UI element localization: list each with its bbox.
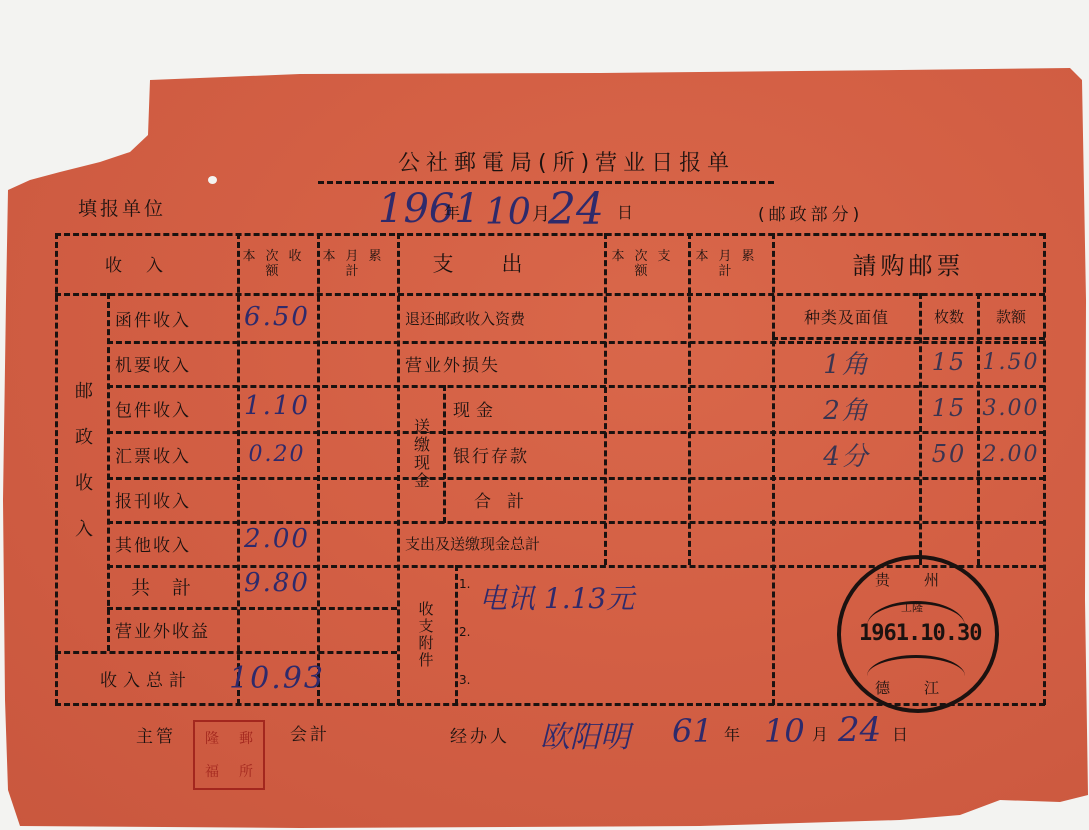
expenditure-col-this-time: 本次支额 xyxy=(606,239,686,289)
stamp-type: 1角 xyxy=(774,339,919,385)
income-row-label: 机要收入 xyxy=(109,341,237,385)
section-label: (邮政部分) xyxy=(758,200,863,225)
handler-label: 经办人 xyxy=(450,722,510,747)
grid-line xyxy=(1043,233,1046,705)
expenditure-grand-total-label: 支出及送缴现金总計 xyxy=(399,521,610,565)
stamp-qty: 15 xyxy=(921,339,977,385)
grid-line xyxy=(455,565,458,705)
stamp-type: 4分 xyxy=(774,431,919,477)
stamp-type: 2角 xyxy=(774,385,919,431)
remit-cash-group-label: 送缴现金 xyxy=(399,387,443,521)
income-row-amount: 2.00 xyxy=(239,517,315,561)
seal-char: 隆 xyxy=(205,732,219,746)
attachment-item-1: 1. xyxy=(459,577,470,591)
income-col-this-time: 本次收额 xyxy=(239,239,315,289)
income-row-label: 报刊收入 xyxy=(109,477,237,521)
paper-hole xyxy=(208,176,217,184)
expenditure-row-label: 营业外损失 xyxy=(399,341,610,385)
sign-date-year: 61 xyxy=(672,712,713,750)
income-row-amount: 0.20 xyxy=(239,431,315,477)
expenditure-col-cumulative: 本月累計 xyxy=(690,239,770,289)
grid-line xyxy=(107,477,1045,480)
form-title: 公社郵電局(所)营业日报单 xyxy=(398,146,735,177)
income-subtotal-label: 共計 xyxy=(109,565,235,607)
postmark-unit: 工隆 xyxy=(901,599,923,615)
attachments-label: 收支附件 xyxy=(399,569,453,701)
income-subtotal-amount: 9.80 xyxy=(239,561,315,605)
date-day-unit: 日 xyxy=(617,200,633,223)
attachment-item-3: 3. xyxy=(459,673,470,687)
accountant-label: 会計 xyxy=(290,720,330,745)
stamps-col-qty: 枚数 xyxy=(921,293,977,339)
income-row-label: 函件收入 xyxy=(109,295,237,341)
income-row-label: 营业外收益 xyxy=(109,607,241,651)
stamp-amount: 2.00 xyxy=(979,431,1043,477)
chief-label: 主管 xyxy=(136,722,176,747)
remit-row-label: 银行存款 xyxy=(447,431,610,477)
date-day: 24 xyxy=(548,184,604,235)
income-total-label: 收入总計 xyxy=(57,653,235,703)
sign-date-month-unit: 月 xyxy=(812,722,828,745)
title-underline xyxy=(318,181,774,184)
remit-row-label: 现金 xyxy=(447,385,610,431)
attachment-note: 电讯 1.13元 xyxy=(479,577,634,617)
stamps-col-type: 种类及面值 xyxy=(774,293,919,339)
seal-char: 郵 xyxy=(239,732,253,746)
stamp-qty: 15 xyxy=(921,385,977,431)
grid-line xyxy=(443,385,446,523)
sign-date-day: 24 xyxy=(838,710,881,750)
seal-char: 福 xyxy=(205,765,219,779)
income-header: 收入 xyxy=(55,233,237,293)
postmark: 贵州 工隆 1961.10.30 德江 xyxy=(837,555,999,713)
sign-date-day-unit: 日 xyxy=(892,722,908,745)
stamp-amount: 3.00 xyxy=(979,385,1043,431)
reporting-unit-label: 填报单位 xyxy=(78,194,166,221)
stamps-header: 請购邮票 xyxy=(774,233,1043,293)
income-row-label: 包件收入 xyxy=(109,385,237,431)
handler-signature: 欧阳明 xyxy=(540,712,630,756)
stamp-qty: 50 xyxy=(921,431,977,477)
date-year: 1961 xyxy=(378,186,480,232)
stamps-col-amount: 款额 xyxy=(979,293,1043,339)
income-row-label: 汇票收入 xyxy=(109,431,237,477)
expenditure-header: 支出 xyxy=(399,233,604,293)
grid-line xyxy=(317,233,320,705)
date-year-unit: 年 xyxy=(444,200,460,223)
stamp-amount: 1.50 xyxy=(979,339,1043,385)
income-row-amount: 1.10 xyxy=(239,383,315,429)
remit-row-label: 合計 xyxy=(447,477,567,521)
sign-date-month: 10 xyxy=(764,712,805,750)
postmark-bottom: 德江 xyxy=(875,677,973,698)
chief-seal: 隆 郵 福 所 xyxy=(193,720,265,790)
attachment-item-2: 2. xyxy=(459,625,470,639)
postmark-city: 贵州 xyxy=(875,569,973,590)
postal-income-group-label: 邮政收入 xyxy=(57,303,107,643)
income-col-cumulative: 本月累計 xyxy=(319,239,395,289)
expenditure-row-label: 退还邮政收入资费 xyxy=(399,295,610,341)
income-total-amount: 10.93 xyxy=(239,653,315,703)
date-month: 10 xyxy=(485,192,531,233)
sign-date-year-unit: 年 xyxy=(724,722,740,745)
income-row-amount: 6.50 xyxy=(239,293,315,341)
income-row-label: 其他收入 xyxy=(109,521,237,565)
postmark-date: 1961.10.30 xyxy=(859,621,981,646)
seal-char: 所 xyxy=(239,765,253,779)
postmark-arc xyxy=(867,655,965,676)
